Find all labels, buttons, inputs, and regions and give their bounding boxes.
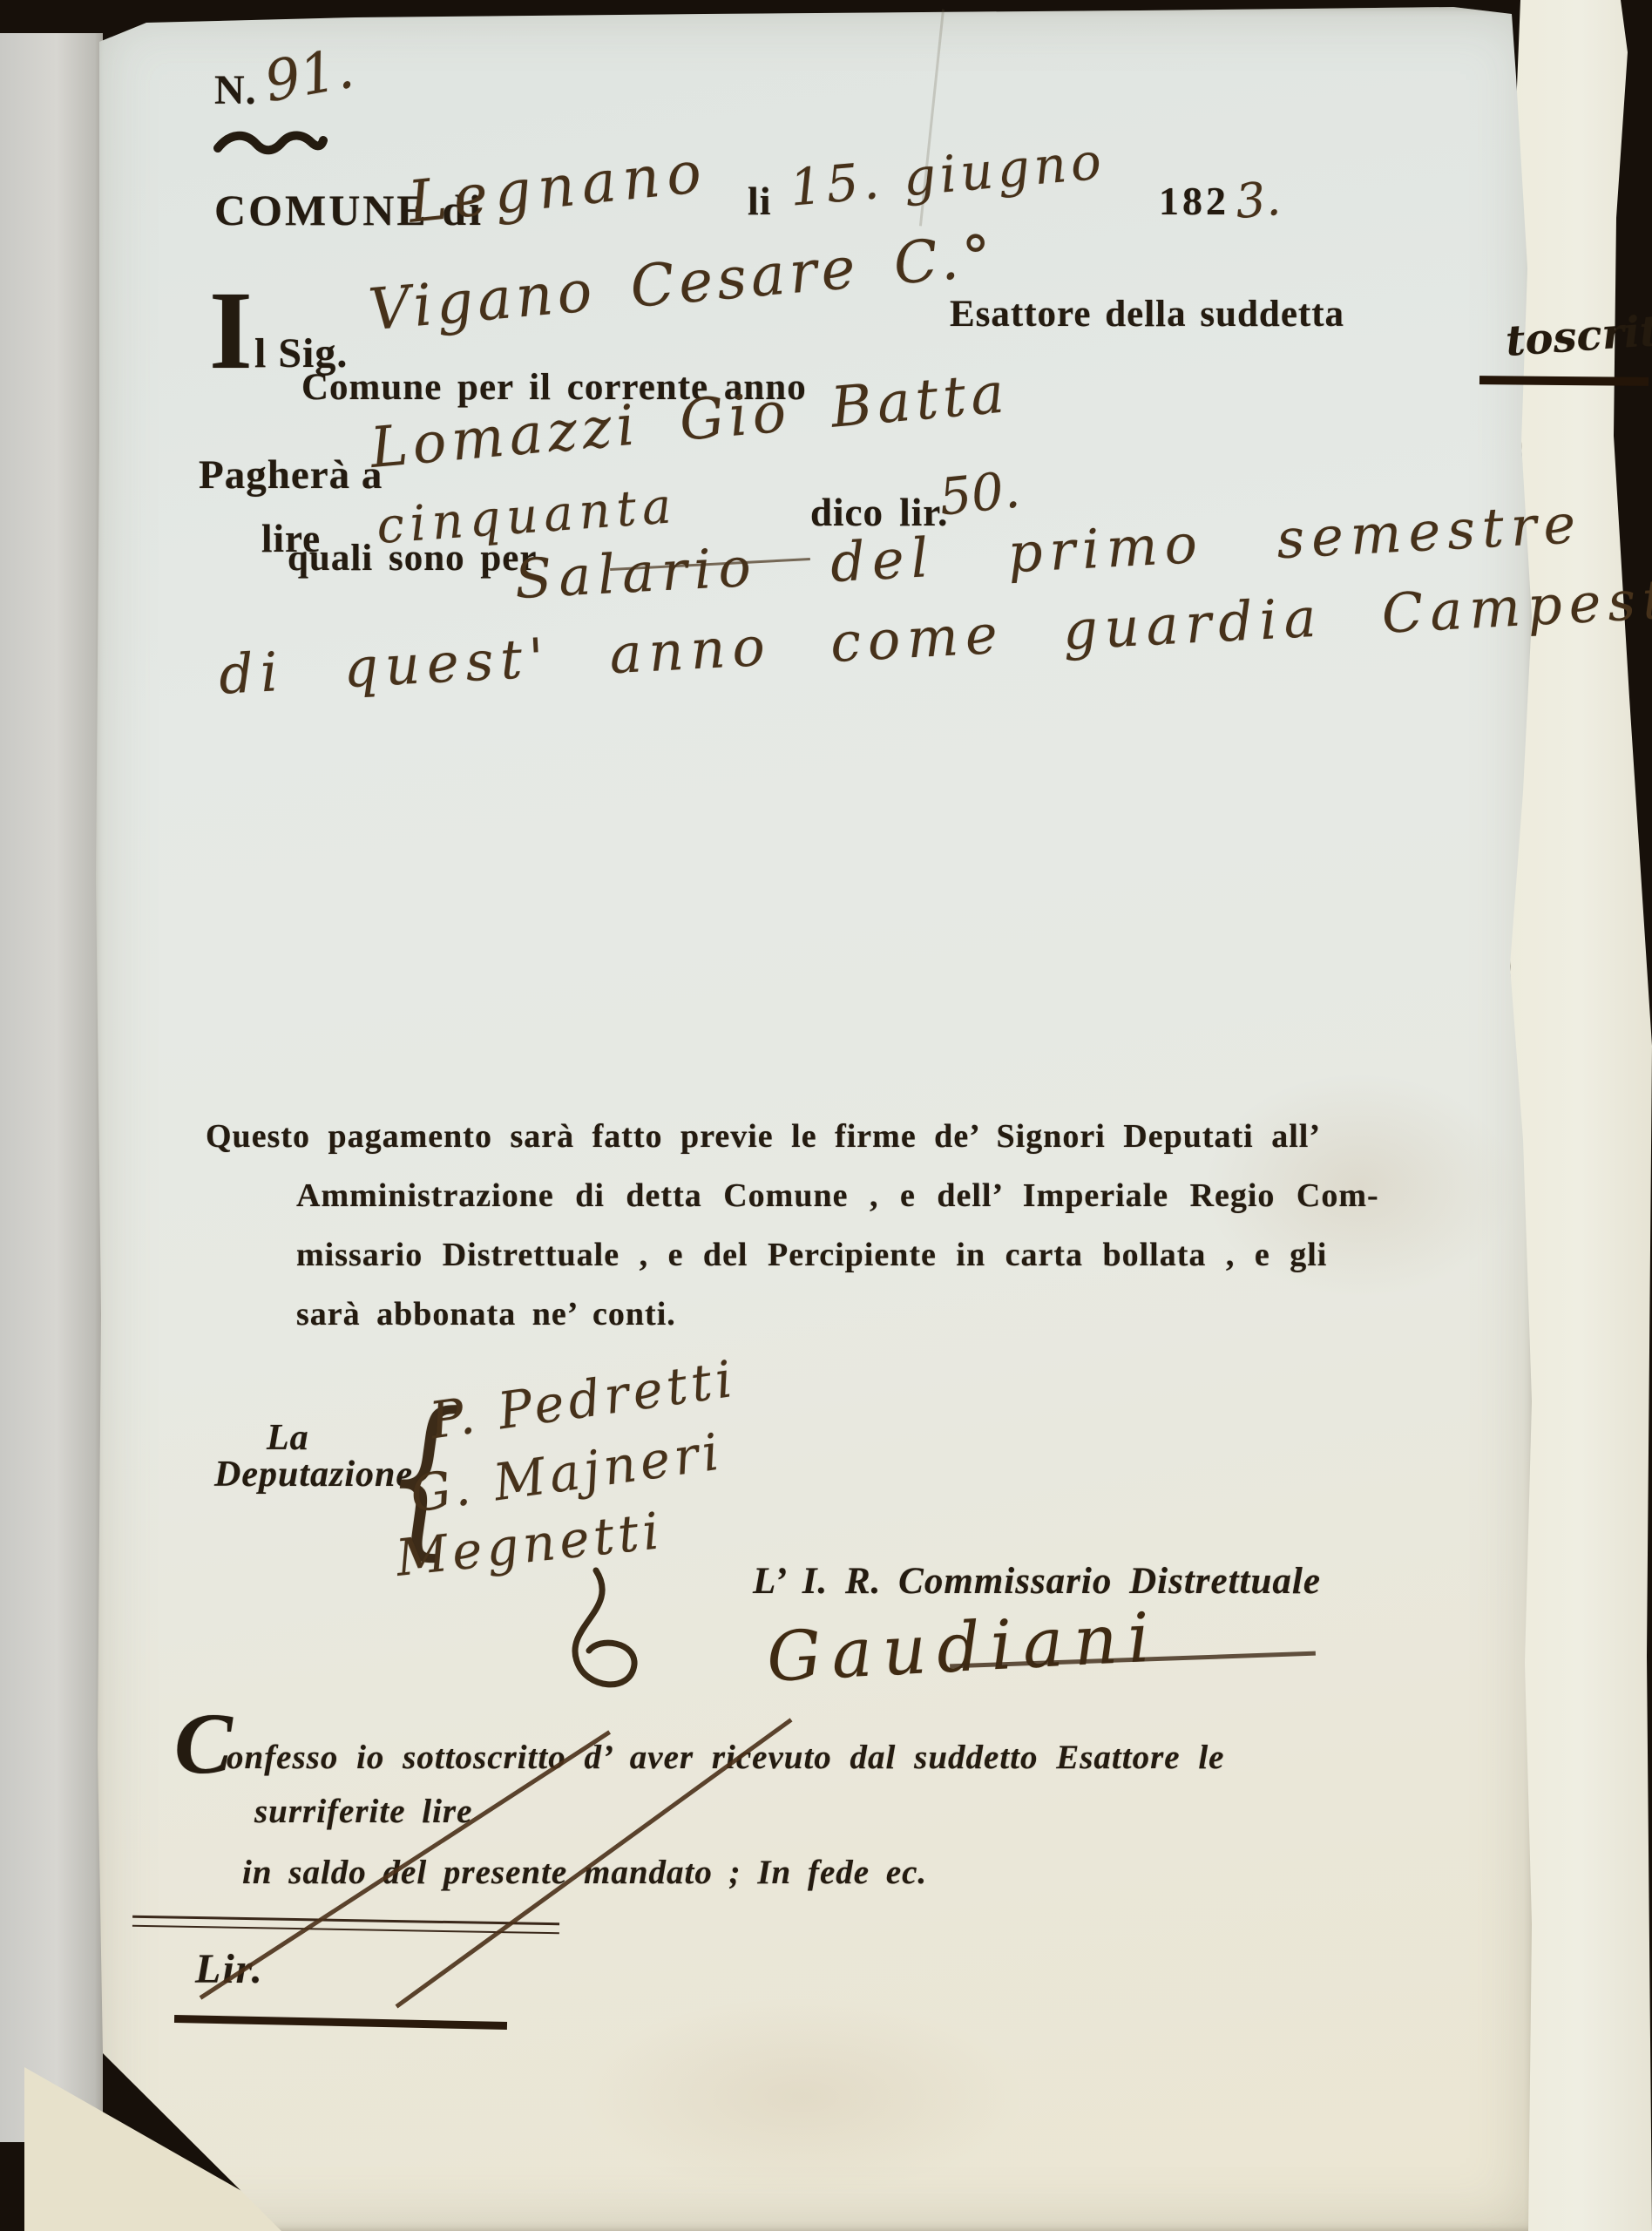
receipt-line-1: onfesso io sottoscritto d’ aver ricevuto… [227,1738,1224,1777]
date-li-label: li [748,178,772,224]
clause-line-4: sarà abbonata ne’ conti. [296,1295,676,1333]
receipt-line-2: surriferite lire [254,1792,472,1831]
date-year-digit-handwritten: 3. [1233,171,1283,229]
doc-number-label: N. [214,66,257,114]
lir-label: Lir. [195,1945,264,1993]
paghera-label: Pagherà a [199,451,383,498]
date-year-printed: 182 [1159,178,1229,224]
la-label: La [267,1417,309,1459]
commissario-title: L’ I. R. Commissario Distrettuale [753,1560,1321,1603]
paper-stain [575,1996,1028,2196]
clause-line-1: Questo pagamento sarà fatto previe le fi… [206,1117,1321,1156]
edge-text-fragment: toscritto [1504,303,1652,366]
receipt-initial: C [174,1705,234,1783]
amount-numeric-handwritten: 50. [937,459,1023,526]
clause-line-2: Amministrazione di detta Comune , e dell… [296,1177,1379,1215]
signature-flourish-icon [540,1567,653,1719]
flourish-underline-icon [213,127,328,159]
quali-label: quali sono per [288,537,537,580]
left-page-edge [0,33,103,2142]
edge-text-clip: toscritto [1504,303,1652,383]
esattore-label: Esattore della suddetta [950,293,1344,336]
scanned-document: N. 91. COMUNE di Legnano li 15. giugno 1… [0,0,1652,2231]
right-edge-ink-line [1479,376,1649,386]
clause-line-3: missario Distrettuale , e del Percipient… [296,1236,1327,1274]
il-sig-initial: I [209,281,254,381]
